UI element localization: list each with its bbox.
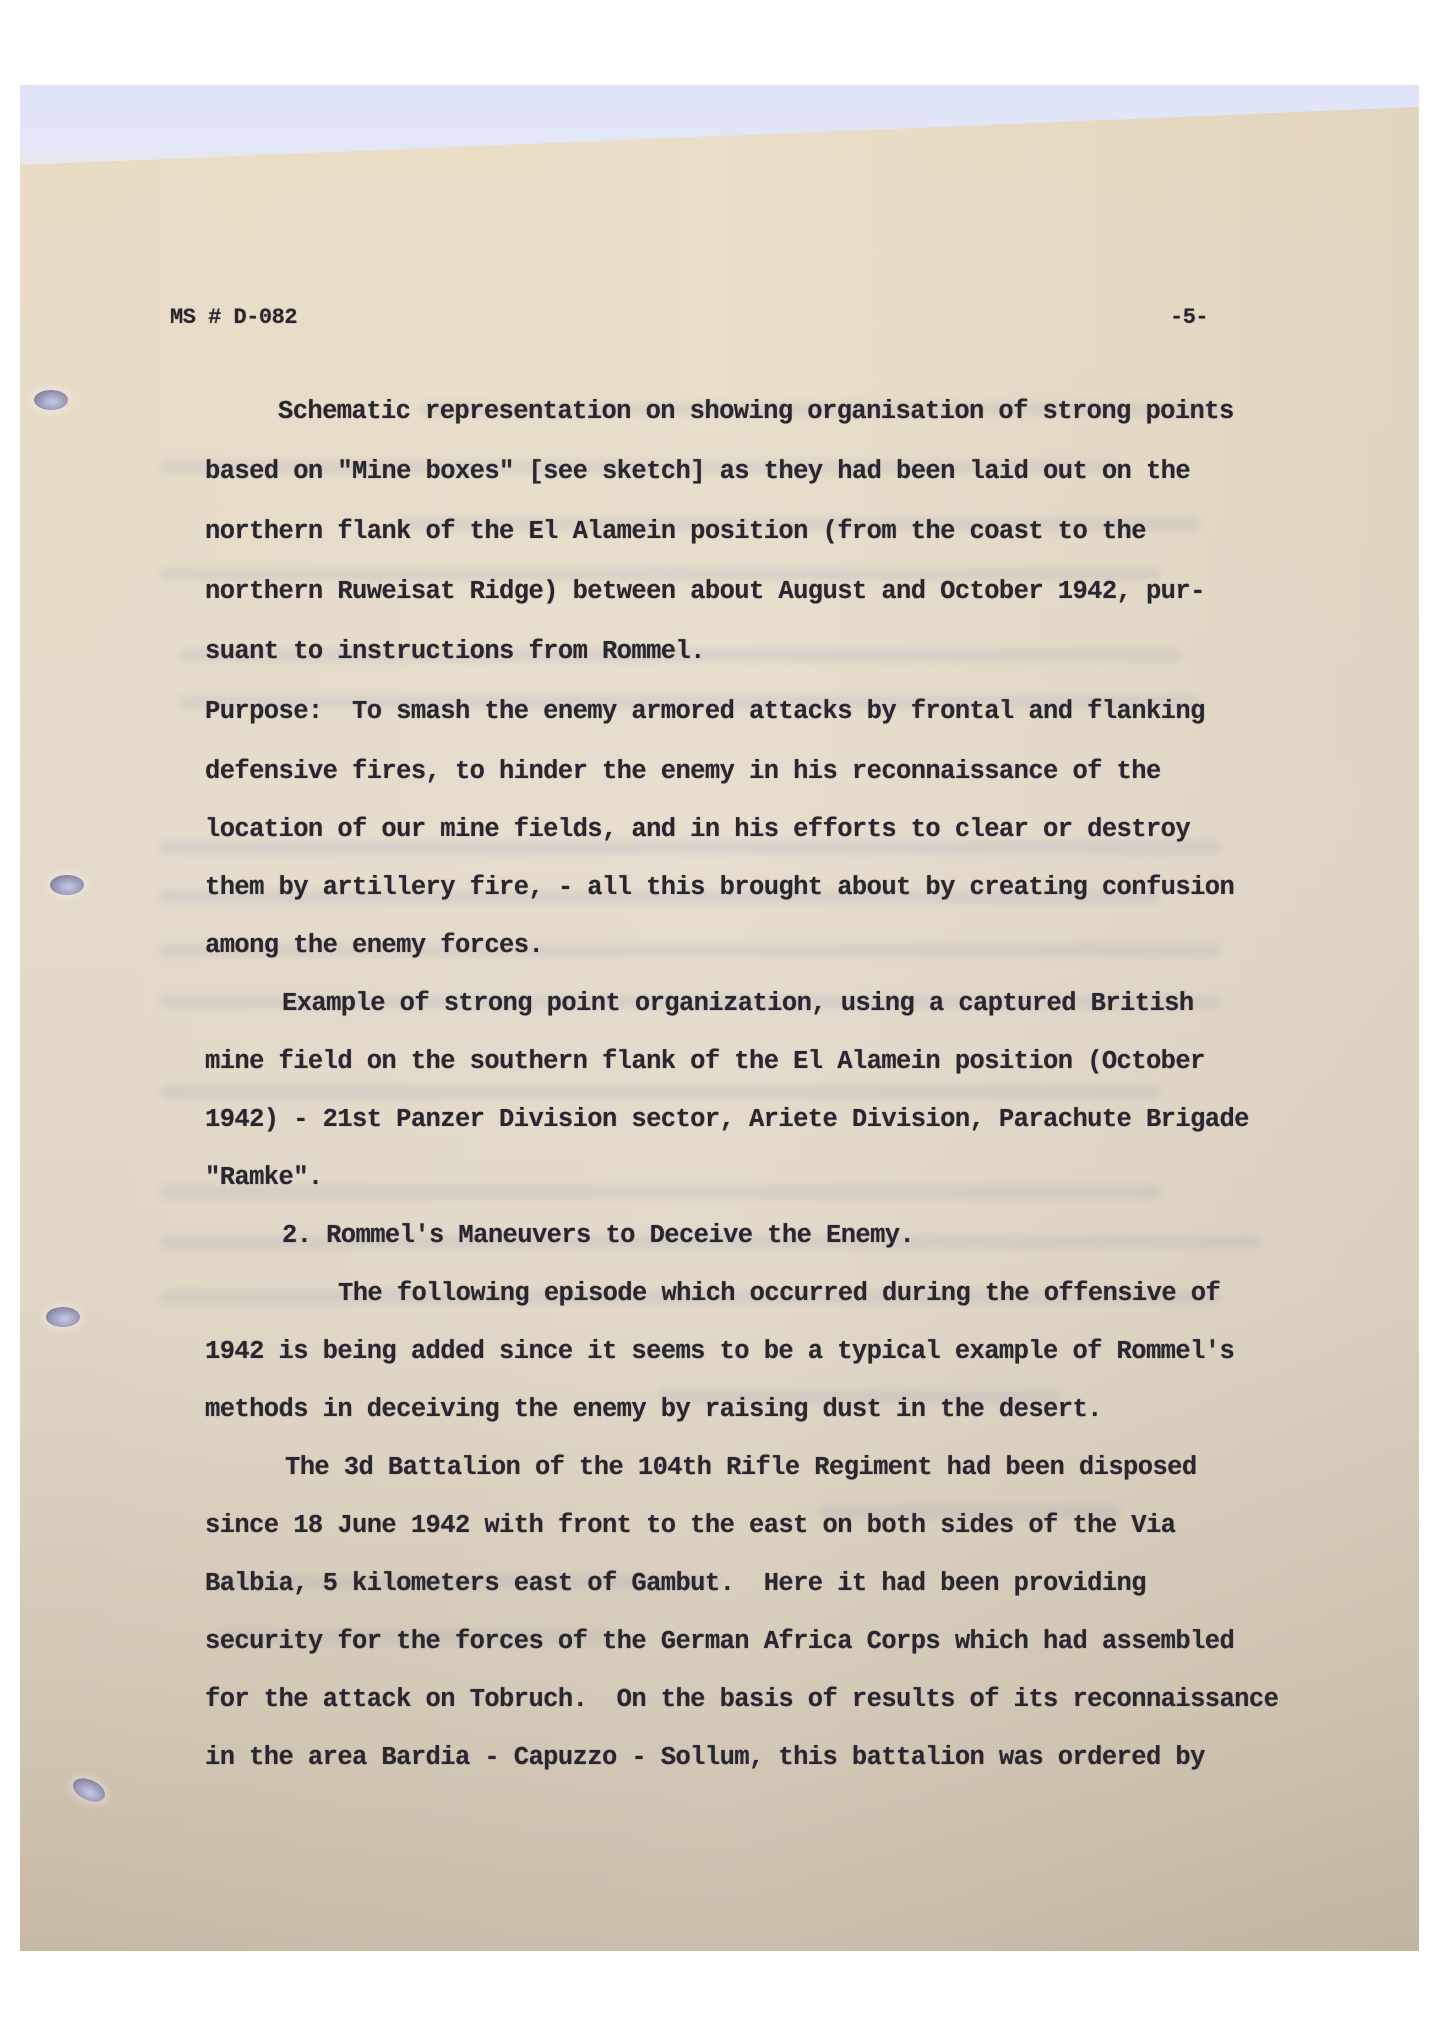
typed-page: MS # D-082 -5- Schematic representation … [20,85,1419,1951]
paragraph-episode-line: methods in deceiving the enemy by raisin… [205,1395,1102,1424]
paragraph-purpose-line: location of our mine fields, and in his … [205,815,1190,844]
paragraph-example-line: Example of strong point organization, us… [282,989,1194,1018]
paragraph-battalion-line: security for the forces of the German Af… [205,1627,1234,1656]
page-number: -5- [1170,305,1208,330]
paragraph-schematic-line: based on "Mine boxes" [see sketch] as th… [205,457,1190,486]
paragraph-battalion-line: since 18 June 1942 with front to the eas… [205,1511,1175,1540]
paragraph-battalion-line: Balbia, 5 kilometers east of Gambut. Her… [205,1569,1146,1598]
paragraph-episode-line: 1942 is being added since it seems to be… [205,1337,1234,1366]
paragraph-battalion-line: The 3d Battalion of the 104th Rifle Regi… [285,1453,1197,1482]
paragraph-episode-line: The following episode which occurred dur… [338,1279,1220,1308]
paragraph-example-line: "Ramke". [205,1163,323,1192]
section-heading: 2. Rommel's Maneuvers to Deceive the Ene… [282,1221,914,1250]
paragraph-example-line: mine field on the southern flank of the … [205,1047,1205,1076]
paragraph-example-line: 1942) - 21st Panzer Division sector, Ari… [205,1105,1249,1134]
paragraph-purpose-line: defensive fires, to hinder the enemy in … [205,757,1161,786]
paragraph-purpose-line: Purpose: To smash the enemy armored atta… [205,697,1205,726]
paragraph-schematic-line: northern Ruweisat Ridge) between about A… [205,577,1205,606]
paragraph-purpose-line: among the enemy forces. [205,931,543,960]
paragraph-purpose-line: them by artillery fire, - all this broug… [205,873,1234,902]
manuscript-id: MS # D-082 [170,305,297,330]
paragraph-schematic-line: Schematic representation on showing orga… [278,397,1234,426]
paragraph-battalion-line: for the attack on Tobruch. On the basis … [205,1685,1278,1714]
paragraph-schematic-line: suant to instructions from Rommel. [205,637,705,666]
document-photo: MS # D-082 -5- Schematic representation … [20,85,1419,1951]
paragraph-schematic-line: northern flank of the El Alamein positio… [205,517,1146,546]
paragraph-battalion-line: in the area Bardia - Capuzzo - Sollum, t… [205,1743,1205,1772]
